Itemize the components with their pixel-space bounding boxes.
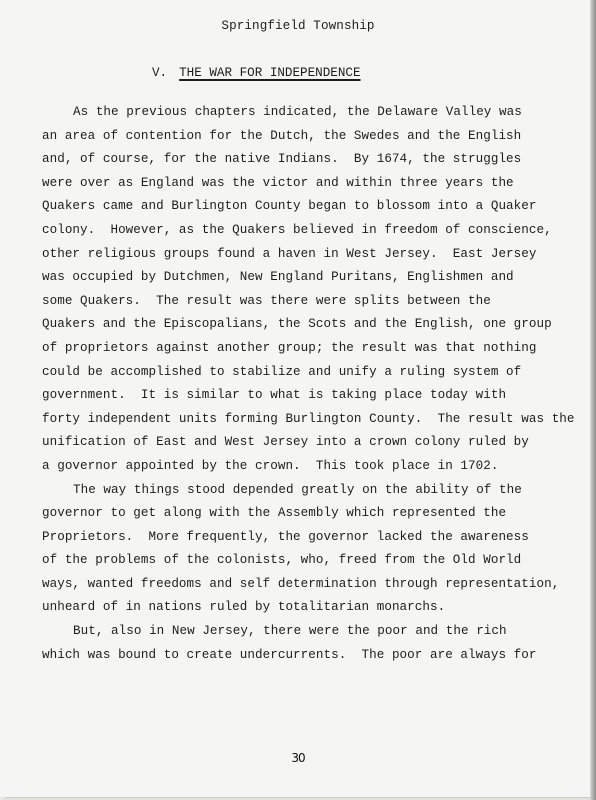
chapter-title: THE WAR FOR INDEPENDENCE (179, 66, 360, 80)
text-line: unification of East and West Jersey into… (42, 431, 575, 455)
text-line: a governor appointed by the crown. This … (42, 455, 575, 479)
text-line: As the previous chapters indicated, the … (42, 101, 575, 125)
chapter-number: V. (152, 66, 167, 80)
text-line: governor to get along with the Assembly … (42, 502, 575, 526)
document-page: Springfield Township V.THE WAR FOR INDEP… (0, 0, 590, 797)
text-line: government. It is similar to what is tak… (42, 384, 575, 408)
text-line: ways, wanted freedoms and self determina… (42, 573, 575, 597)
text-line: Proprietors. More frequently, the govern… (42, 526, 575, 550)
text-line: forty independent units forming Burlingt… (42, 408, 575, 432)
text-line: and, of course, for the native Indians. … (42, 148, 575, 172)
text-line: But, also in New Jersey, there were the … (42, 620, 575, 644)
body-text: As the previous chapters indicated, the … (42, 101, 575, 667)
text-line: some Quakers. The result was there were … (42, 290, 575, 314)
chapter-heading: V.THE WAR FOR INDEPENDENCE (152, 66, 361, 80)
text-line: colony. However, as the Quakers believed… (42, 219, 575, 243)
page-number: 30 (0, 751, 596, 765)
text-line: were over as England was the victor and … (42, 172, 575, 196)
text-line: unheard of in nations ruled by totalitar… (42, 596, 575, 620)
text-line: was occupied by Dutchmen, New England Pu… (42, 266, 575, 290)
text-line: of proprietors against another group; th… (42, 337, 575, 361)
text-line: Quakers came and Burlington County began… (42, 195, 575, 219)
text-line: other religious groups found a haven in … (42, 243, 575, 267)
running-header: Springfield Township (0, 19, 596, 33)
text-line: Quakers and the Episcopalians, the Scots… (42, 313, 575, 337)
text-line: which was bound to create undercurrents.… (42, 644, 575, 668)
text-line: could be accomplished to stabilize and u… (42, 361, 575, 385)
page-edge-shadow (590, 0, 596, 800)
text-line: of the problems of the colonists, who, f… (42, 549, 575, 573)
text-line: The way things stood depended greatly on… (42, 479, 575, 503)
text-line: an area of contention for the Dutch, the… (42, 125, 575, 149)
